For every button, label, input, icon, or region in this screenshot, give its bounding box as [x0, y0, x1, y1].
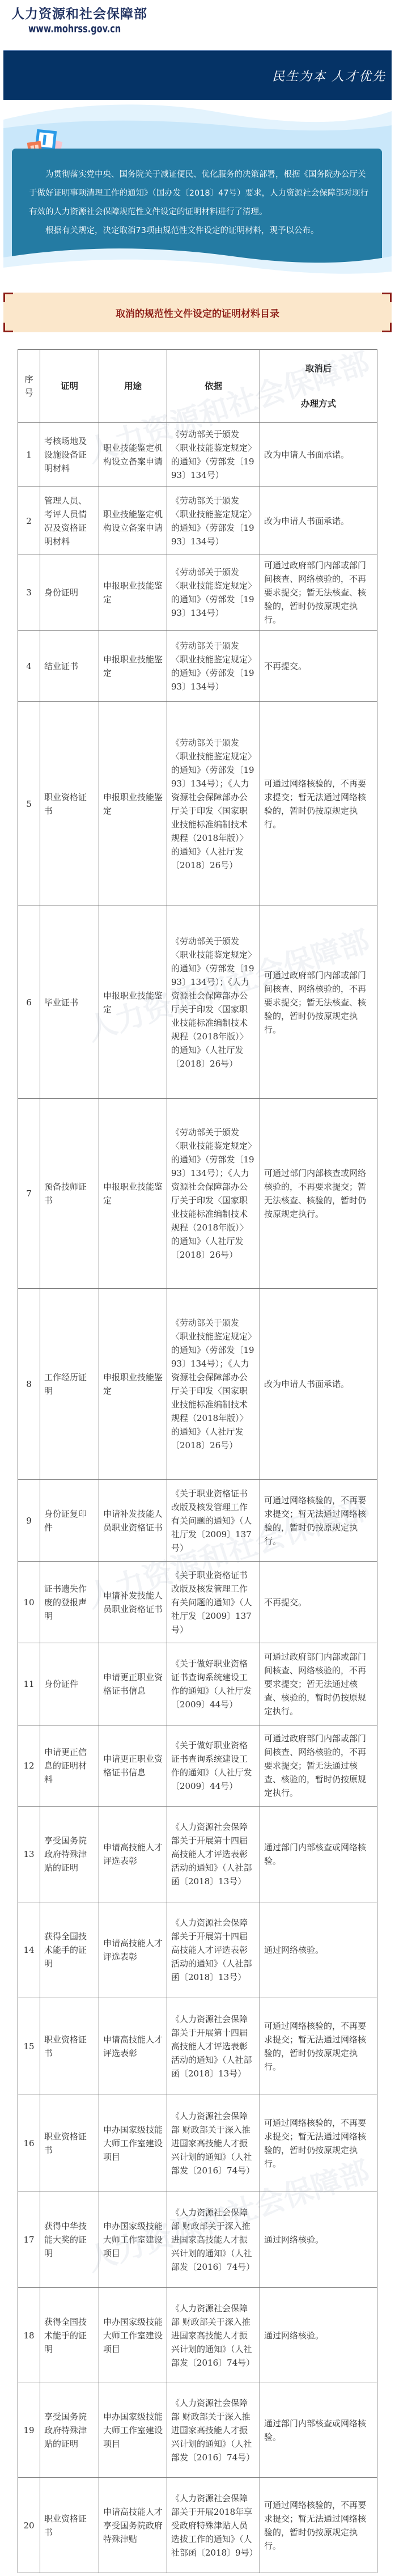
header-handling-line2: 办理方式 [264, 386, 373, 421]
intro-section: 为贯彻落实党中央、国务院关于减证便民、优化服务的决策部署，根据《国务院办公厅关于… [3, 100, 392, 280]
row-certificate: 获得全国技术能手的证明 [40, 1902, 99, 1998]
slogan: 民生为本 人才优先 [272, 67, 386, 84]
row-certificate: 预备技师证书 [40, 1099, 99, 1289]
table-row: 5职业资格证书申报职业技能鉴定《劳动部关于颁发〈职业技能鉴定规定〉的通知》（劳部… [18, 702, 377, 906]
table-row: 10证书遗失作废的登报声明申请补发技能人员职业资格证书《关于职业资格证书改版及核… [18, 1562, 377, 1643]
row-certificate: 身份证复印件 [40, 1480, 99, 1562]
row-certificate: 职业资格证书 [40, 702, 99, 906]
row-basis: 《人力资源社会保障部 财政部关于深入推进国家高技能人才振兴计划的通知》（人社部发… [167, 2095, 260, 2192]
row-index: 12 [18, 1725, 40, 1807]
table-row: 9身份证复印件申请补发技能人员职业资格证书《关于职业资格证书改版及核发管理工作有… [18, 1480, 377, 1562]
slogan-banner: 民生为本 人才优先 [3, 50, 392, 100]
table-row: 15职业资格证书申请高技能人才评选表彰《人力资源社会保障部关于开展第十四届高技能… [18, 1998, 377, 2095]
row-certificate: 获得中华技能大奖的证明 [40, 2192, 99, 2288]
row-purpose: 申请高技能人才评选表彰 [99, 1807, 167, 1902]
row-index: 4 [18, 631, 40, 702]
row-index: 10 [18, 1562, 40, 1643]
row-handling: 通过网络核验。 [260, 1902, 377, 1998]
row-purpose: 申报职业技能鉴定 [99, 555, 167, 631]
row-purpose: 申报职业技能鉴定 [99, 1289, 167, 1480]
header-purpose: 用途 [99, 350, 167, 423]
row-handling: 不再提交。 [260, 1562, 377, 1643]
row-basis: 《关于职业资格证书改版及核发管理工作有关问题的通知》（人社厅发〔2009〕137… [167, 1562, 260, 1643]
table-row: 8工作经历证明申报职业技能鉴定《劳动部关于颁发〈职业技能鉴定规定〉的通知》（劳部… [18, 1289, 377, 1480]
corner-ornament [3, 293, 13, 302]
row-handling: 可通过部门内部核查或网络核验的，不再要求提交；暂无法核查、核验的，暂时仍按原规定… [260, 1099, 377, 1289]
row-index: 5 [18, 702, 40, 906]
row-index: 16 [18, 2095, 40, 2192]
table-row: 12申请更正信息的证明材料申请更正职业资格证书信息《关于做好职业资格证书查询系统… [18, 1725, 377, 1807]
row-purpose: 申办国家级技能大师工作室建设项目 [99, 2192, 167, 2288]
header-handling-line1: 取消后 [264, 351, 373, 386]
row-handling: 改为申请人书面承诺。 [260, 487, 377, 555]
row-purpose: 申办国家级技能大师工作室建设项目 [99, 2383, 167, 2478]
site-url[interactable]: www.mohrss.gov.cn [28, 23, 121, 35]
intro-paragraph: 为贯彻落实党中央、国务院关于减证便民、优化服务的决策部署，根据《国务院办公厅关于… [29, 166, 371, 222]
row-basis: 《劳动部关于颁发〈职业技能鉴定规定〉的通知》（劳部发〔1993〕134号）；《人… [167, 906, 260, 1099]
table-row: 13享受国务院政府特殊津贴的证明申请高技能人才评选表彰《人力资源社会保障部关于开… [18, 1807, 377, 1902]
row-basis: 《人力资源社会保障部关于开展第十四届高技能人才评选表彰活动的通知》（人社部函〔2… [167, 1807, 260, 1902]
wave-decoration-bottom [3, 240, 392, 280]
row-index: 8 [18, 1289, 40, 1480]
row-purpose: 申请补发技能人员职业资格证书 [99, 1480, 167, 1562]
row-purpose: 申请高技能人才评选表彰 [99, 1902, 167, 1998]
row-purpose: 申报职业技能鉴定 [99, 702, 167, 906]
row-handling: 可通过政府部门内部或部门间核查、网络核验的，不再要求提交；暂无法通过核查、核验的… [260, 1643, 377, 1725]
corner-ornament [3, 323, 13, 332]
row-certificate: 工作经历证明 [40, 1289, 99, 1480]
row-handling: 可通过网络核验的，不再要求提交；暂无法通过网络核验的，暂时仍按原规定执行。 [260, 2478, 377, 2573]
site-header: 人力资源和社会保障部 www.mohrss.gov.cn [0, 0, 395, 50]
row-purpose: 申报职业技能鉴定 [99, 1099, 167, 1289]
row-handling: 可通过网络核验的，不再要求提交；暂无法通过网络核验的，暂时仍按原规定执行。 [260, 1998, 377, 2095]
row-certificate: 管理人员、考评人员情况及资格证明材料 [40, 487, 99, 555]
row-basis: 《劳动部关于颁发〈职业技能鉴定规定〉的通知》（劳部发〔1993〕134号）；《人… [167, 1099, 260, 1289]
row-basis: 《劳动部关于颁发〈职业技能鉴定规定〉的通知》（劳部发〔1993〕134号） [167, 555, 260, 631]
row-purpose: 申报职业技能鉴定 [99, 631, 167, 702]
row-handling: 不再提交。 [260, 631, 377, 702]
row-basis: 《劳动部关于颁发〈职业技能鉴定规定〉的通知》（劳部发〔1993〕134号）；《人… [167, 702, 260, 906]
table-row: 19享受国务院政府特殊津贴的证明申办国家级技能大师工作室建设项目《人力资源社会保… [18, 2383, 377, 2478]
table-row: 16职业资格证书申办国家级技能大师工作室建设项目《人力资源社会保障部 财政部关于… [18, 2095, 377, 2192]
row-purpose: 申请更正职业资格证书信息 [99, 1725, 167, 1807]
table-row: 7预备技师证书申报职业技能鉴定《劳动部关于颁发〈职业技能鉴定规定〉的通知》（劳部… [18, 1099, 377, 1289]
row-index: 3 [18, 555, 40, 631]
row-index: 2 [18, 487, 40, 555]
row-certificate: 毕业证书 [40, 906, 99, 1099]
row-index: 20 [18, 2478, 40, 2573]
row-index: 17 [18, 2192, 40, 2288]
row-basis: 《关于做好职业资格证书查询系统建设工作的通知》（人社厅发〔2009〕44号） [167, 1643, 260, 1725]
row-certificate: 考核场地及设施设备证明材料 [40, 423, 99, 487]
row-purpose: 申报职业技能鉴定 [99, 906, 167, 1099]
catalog-table-wrapper: 人力资源和社会保障部 人力资源和社会保障部 人力资源和社会保障部 人力资源和社会… [18, 349, 377, 2573]
row-certificate: 职业资格证书 [40, 2095, 99, 2192]
table-row: 18获得全国技术能手的证明申办国家级技能大师工作室建设项目《人力资源社会保障部 … [18, 2288, 377, 2383]
row-purpose: 申请补发技能人员职业资格证书 [99, 1562, 167, 1643]
row-handling: 改为申请人书面承诺。 [260, 423, 377, 487]
row-certificate: 证书遗失作废的登报声明 [40, 1562, 99, 1643]
table-row: 4结业证书申报职业技能鉴定《劳动部关于颁发〈职业技能鉴定规定〉的通知》（劳部发〔… [18, 631, 377, 702]
section-title: 取消的规范性文件设定的证明材料目录 [116, 306, 279, 320]
row-index: 11 [18, 1643, 40, 1725]
corner-ornament [382, 323, 392, 332]
org-name: 人力资源和社会保障部 [11, 3, 147, 22]
row-certificate: 申请更正信息的证明材料 [40, 1725, 99, 1807]
row-certificate: 享受国务院政府特殊津贴的证明 [40, 2383, 99, 2478]
table-row: 1考核场地及设施设备证明材料职业技能鉴定机构设立备案申请《劳动部关于颁发〈职业技… [18, 423, 377, 487]
row-basis: 《劳动部关于颁发〈职业技能鉴定规定〉的通知》（劳部发〔1993〕134号） [167, 423, 260, 487]
page: 人力资源和社会保障部 www.mohrss.gov.cn 民生为本 人才优先 为… [0, 0, 395, 2576]
row-basis: 《人力资源社会保障部关于开展2018年享受政府特殊津贴人员选拔工作的通知》（人社… [167, 2478, 260, 2573]
section-title-bar: 取消的规范性文件设定的证明材料目录 [3, 293, 392, 332]
row-index: 6 [18, 906, 40, 1099]
row-purpose: 职业技能鉴定机构设立备案申请 [99, 423, 167, 487]
row-handling: 通过部门内部核查或网络核验。 [260, 2383, 377, 2478]
row-handling: 可通过网络核验的，不再要求提交；暂无法通过网络核验的，暂时仍按原规定执行。 [260, 2095, 377, 2192]
catalog-table: 序号 证明 用途 依据 取消后 办理方式 1考核场地及设施设备证明材料职业技能鉴… [18, 349, 377, 2573]
row-index: 7 [18, 1099, 40, 1289]
row-handling: 通过网络核验。 [260, 2288, 377, 2383]
table-row: 11身份证件申请更正职业资格证书信息《关于做好职业资格证书查询系统建设工作的通知… [18, 1643, 377, 1725]
row-index: 9 [18, 1480, 40, 1562]
row-handling: 可通过政府部门内部或部门间核查、网络核验的，不再要求提交；暂无法核查、核验的，暂… [260, 906, 377, 1099]
row-index: 14 [18, 1902, 40, 1998]
row-index: 18 [18, 2288, 40, 2383]
row-basis: 《劳动部关于颁发〈职业技能鉴定规定〉的通知》（劳部发〔1993〕134号） [167, 487, 260, 555]
table-header-row: 序号 证明 用途 依据 取消后 办理方式 [18, 350, 377, 423]
header-certificate: 证明 [40, 350, 99, 423]
wave-decoration-top [3, 100, 392, 134]
row-handling: 可通过政府部门内部或部门间核查、网络核验的，不再要求提交；暂无法通过核查、核验的… [260, 1725, 377, 1807]
row-basis: 《人力资源社会保障部关于开展第十四届高技能人才评选表彰活动的通知》（人社部函〔2… [167, 1902, 260, 1998]
intro-paragraph: 根据有关规定，决定取消73项由规范性文件设定的证明材料，现予以公布。 [29, 222, 371, 240]
table-row: 14获得全国技术能手的证明申请高技能人才评选表彰《人力资源社会保障部关于开展第十… [18, 1902, 377, 1998]
row-basis: 《劳动部关于颁发〈职业技能鉴定规定〉的通知》（劳部发〔1993〕134号） [167, 631, 260, 702]
row-certificate: 结业证书 [40, 631, 99, 702]
header-handling: 取消后 办理方式 [260, 350, 377, 423]
row-certificate: 享受国务院政府特殊津贴的证明 [40, 1807, 99, 1902]
row-handling: 可通过网络核验的，不再要求提交；暂无法通过网络核验的，暂时仍按原规定执行。 [260, 1480, 377, 1562]
row-purpose: 申办国家级技能大师工作室建设项目 [99, 2288, 167, 2383]
table-row: 6毕业证书申报职业技能鉴定《劳动部关于颁发〈职业技能鉴定规定〉的通知》（劳部发〔… [18, 906, 377, 1099]
row-index: 15 [18, 1998, 40, 2095]
row-purpose: 申办国家级技能大师工作室建设项目 [99, 2095, 167, 2192]
row-certificate: 身份证明 [40, 555, 99, 631]
row-purpose: 申请更正职业资格证书信息 [99, 1643, 167, 1725]
row-basis: 《人力资源社会保障部关于开展第十四届高技能人才评选表彰活动的通知》（人社部函〔2… [167, 1998, 260, 2095]
row-basis: 《关于做好职业资格证书查询系统建设工作的通知》（人社厅发〔2009〕44号） [167, 1725, 260, 1807]
row-basis: 《关于职业资格证书改版及核发管理工作有关问题的通知》（人社厅发〔2009〕137… [167, 1480, 260, 1562]
row-handling: 通过部门内部核查或网络核验。 [260, 1807, 377, 1902]
row-certificate: 职业资格证书 [40, 2478, 99, 2573]
table-row: 20职业资格证书申请高技能人才享受国务院政府特殊津贴《人力资源社会保障部关于开展… [18, 2478, 377, 2573]
row-basis: 《人力资源社会保障部 财政部关于深入推进国家高技能人才振兴计划的通知》（人社部发… [167, 2383, 260, 2478]
row-basis: 《劳动部关于颁发〈职业技能鉴定规定〉的通知》（劳部发〔1993〕134号）；《人… [167, 1289, 260, 1480]
row-purpose: 申请高技能人才享受国务院政府特殊津贴 [99, 2478, 167, 2573]
table-row: 2管理人员、考评人员情况及资格证明材料职业技能鉴定机构设立备案申请《劳动部关于颁… [18, 487, 377, 555]
row-handling: 可通过政府部门内部或部门间核查、网络核验的，不再要求提交；暂无法核查、核验的，暂… [260, 555, 377, 631]
row-certificate: 身份证件 [40, 1643, 99, 1725]
row-index: 1 [18, 423, 40, 487]
table-row: 3身份证明申报职业技能鉴定《劳动部关于颁发〈职业技能鉴定规定〉的通知》（劳部发〔… [18, 555, 377, 631]
row-certificate: 获得全国技术能手的证明 [40, 2288, 99, 2383]
table-row: 17获得中华技能大奖的证明申办国家级技能大师工作室建设项目《人力资源社会保障部 … [18, 2192, 377, 2288]
corner-ornament [382, 293, 392, 302]
row-handling: 改为申请人书面承诺。 [260, 1289, 377, 1480]
row-certificate: 职业资格证书 [40, 1998, 99, 2095]
header-basis: 依据 [167, 350, 260, 423]
table-body: 1考核场地及设施设备证明材料职业技能鉴定机构设立备案申请《劳动部关于颁发〈职业技… [18, 423, 377, 2573]
row-purpose: 申请高技能人才评选表彰 [99, 1998, 167, 2095]
row-index: 19 [18, 2383, 40, 2478]
row-purpose: 职业技能鉴定机构设立备案申请 [99, 487, 167, 555]
row-basis: 《人力资源社会保障部 财政部关于深入推进国家高技能人才振兴计划的通知》（人社部发… [167, 2192, 260, 2288]
row-index: 13 [18, 1807, 40, 1902]
row-handling: 通过网络核验。 [260, 2192, 377, 2288]
row-handling: 可通过网络核验的，不再要求提交；暂无法通过网络核验的，暂时仍按原规定执行。 [260, 702, 377, 906]
header-index: 序号 [18, 350, 40, 423]
row-basis: 《人力资源社会保障部 财政部关于深入推进国家高技能人才振兴计划的通知》（人社部发… [167, 2288, 260, 2383]
